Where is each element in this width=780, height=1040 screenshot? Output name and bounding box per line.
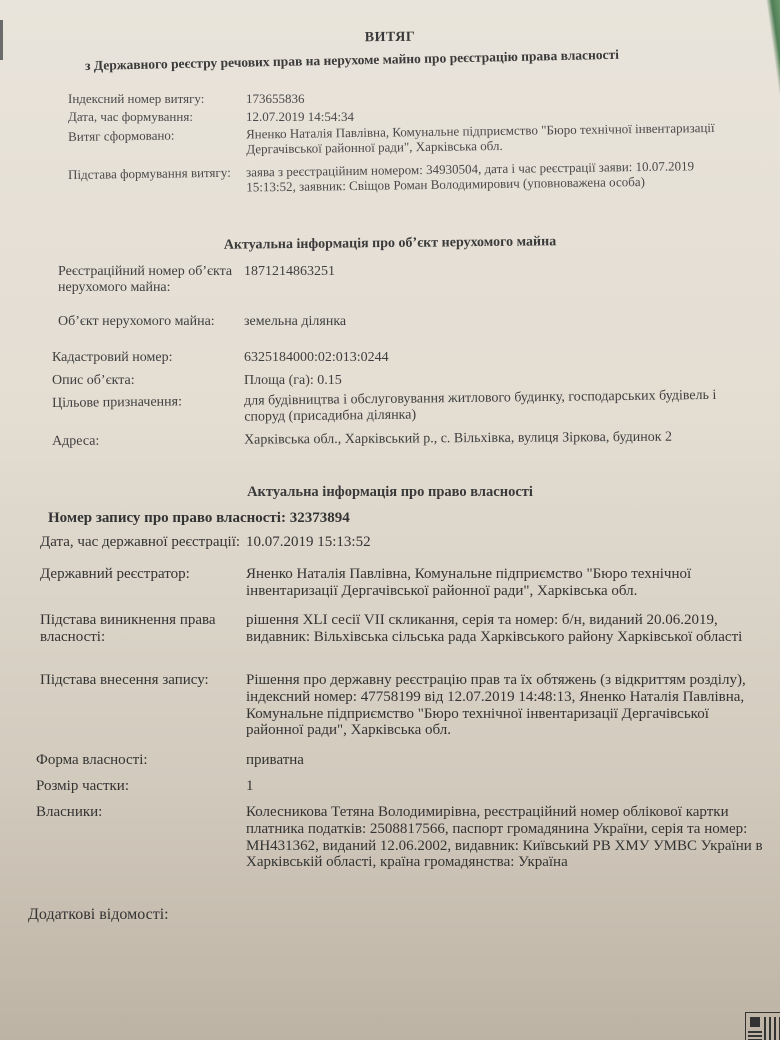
field-label: Кадастровий номер: [52,350,244,366]
field-label: Підстава формування витягу: [68,166,246,198]
property-purpose-row: Цільове призначення: для будівництва і о… [52,388,742,428]
field-value: Колесникова Тетяна Володимирівна, реєстр… [246,804,766,871]
ownership-share-row: Розмір частки: 1 [36,778,760,795]
ownership-date-row: Дата, час державної реєстрації: 10.07.20… [40,534,760,551]
field-value: Яненко Наталія Павлівна, Комунальне підп… [246,566,760,600]
field-value: Площа (га): 0.15 [244,373,732,389]
property-description-row: Опис об’єкта: Площа (га): 0.15 [52,373,732,389]
field-label: Власники: [36,804,246,871]
field-label: Адреса: [52,433,244,450]
extract-basis-row: Підстава формування витягу: заява з реєс… [68,159,718,197]
ownership-origin-basis-row: Підстава виникнення права власності: ріш… [40,612,760,646]
ownership-entry-basis-row: Підстава внесення запису: Рішення про де… [40,672,760,739]
field-value: для будівництва і обслуговування житлово… [244,388,742,425]
field-value: земельна ділянка [244,314,718,330]
field-label: Розмір частки: [36,778,246,795]
document-page: ВИТЯГ з Державного реєстру речових прав … [0,0,780,1040]
field-value: приватна [246,752,760,769]
field-value: Рішення про державну реєстрацію прав та … [246,672,760,739]
field-label: Дата, час формування: [68,110,246,125]
additional-info-label: Додаткові відомості: [28,906,169,924]
property-cadastral-row: Кадастровий номер: 6325184000:02:013:024… [52,350,732,366]
field-label: Форма власності: [36,752,246,769]
document-subtitle: з Державного реєстру речових прав на нер… [85,47,619,74]
qr-code-icon [745,1012,780,1040]
field-label: Підстава виникнення права власності: [40,612,246,646]
field-label: Витяг сформовано: [68,128,246,160]
field-label: Об’єкт нерухомого майна: [58,314,244,330]
ownership-owners-row: Власники: Колесникова Тетяна Володимирів… [36,804,766,871]
field-value: 1 [246,778,760,795]
field-value: 1871214863251 [244,264,718,295]
document-title: ВИТЯГ [0,26,780,50]
ownership-form-row: Форма власності: приватна [36,752,760,769]
additional-info-row: Додаткові відомості: [28,906,428,924]
extract-index-row: Індексний номер витягу: 173655836 [68,92,718,107]
property-reg-number-row: Реєстраційний номер об’єкта нерухомого м… [58,264,718,295]
field-label: Опис об’єкта: [52,373,244,389]
extract-formed-by-row: Витяг сформовано: Яненко Наталія Павлівн… [68,121,718,159]
field-label: Дата, час державної реєстрації: [40,534,246,551]
field-label: Реєстраційний номер об’єкта нерухомого м… [58,264,244,295]
property-object-row: Об’єкт нерухомого майна: земельна ділянк… [58,314,718,330]
field-value: 6325184000:02:013:0244 [244,350,732,366]
property-address-row: Адреса: Харківська обл., Харківський р.,… [52,429,732,449]
field-label: Індексний номер витягу: [68,92,246,107]
ownership-section-title: Актуальна інформація про право власності [0,484,780,501]
field-label: Цільове призначення: [52,394,244,428]
field-value: рішення XLI сесії VII скликання, серія т… [246,612,760,646]
field-value: Харківська обл., Харківський р., с. Віль… [244,429,732,448]
property-section-title: Актуальна інформація про об’єкт нерухомо… [0,232,780,256]
field-label: Підстава внесення запису: [40,672,246,739]
field-value: 10.07.2019 15:13:52 [246,534,760,551]
ownership-registrar-row: Державний реєстратор: Яненко Наталія Пав… [40,566,760,600]
field-value: 173655836 [246,92,718,107]
field-value: Яненко Наталія Павлівна, Комунальне підп… [246,121,718,157]
field-value: заява з реєстраційним номером: 34930504,… [246,159,718,195]
field-label: Державний реєстратор: [40,566,246,600]
ownership-record-number: Номер запису про право власності: 323738… [48,510,350,527]
